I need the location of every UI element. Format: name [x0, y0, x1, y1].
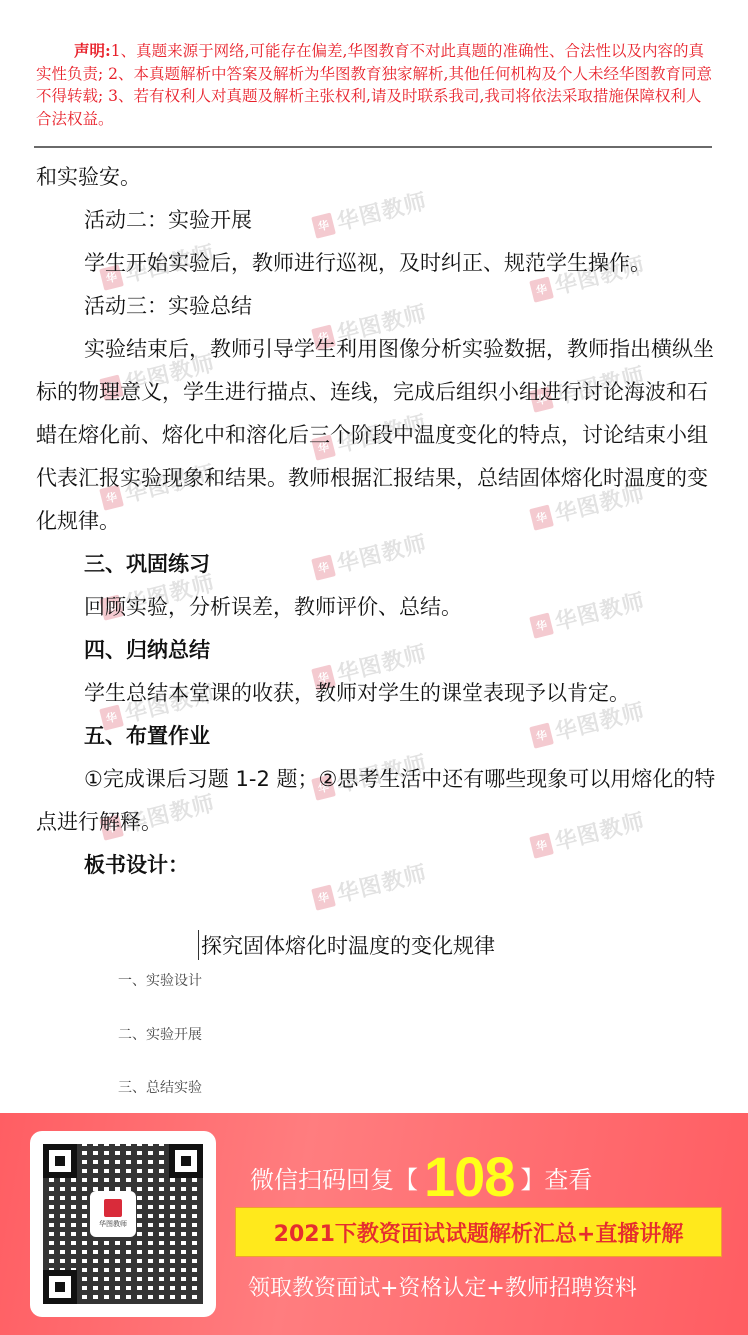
section-heading: 板书设计： [36, 844, 716, 887]
promo-banner[interactable]: 华图教师 微信扫码回复【108】查看 2021下教资面试试题解析汇总+直播讲解 … [0, 1113, 748, 1335]
paragraph: 学生总结本堂课的收获，教师对学生的课堂表现予以肯定。 [36, 672, 716, 715]
cta-subtext: 领取教资面试+资格认定+教师招聘资料 [248, 1271, 637, 1302]
board-title: 探究固体熔化时温度的变化规律 [198, 930, 495, 960]
board-item: 三、总结实验 [118, 1077, 202, 1097]
section-heading: 五、布置作业 [36, 715, 716, 758]
qr-finder-icon [43, 1144, 77, 1178]
board-design: 探究固体熔化时温度的变化规律 一、实验设计 二、实验开展 三、总结实验 [0, 920, 748, 1110]
cta-scan-text: 微信扫码回复【108】查看 [250, 1149, 592, 1205]
qr-center-logo: 华图教师 [90, 1191, 136, 1237]
qr-label: 华图教师 [99, 1219, 127, 1229]
reply-code: 108 [424, 1149, 514, 1205]
qr-code-card[interactable]: 华图教师 [30, 1131, 216, 1317]
disclaimer: 声明:1、真题来源于网络,可能存在偏差,华图教育不对此真题的准确性、合法性以及内… [36, 40, 712, 130]
qr-finder-icon [43, 1270, 77, 1304]
paragraph: 和实验安。 [36, 156, 716, 199]
cta-highlight: 2021下教资面试试题解析汇总+直播讲解 [235, 1207, 722, 1257]
paragraph: 学生开始实验后，教师进行巡视，及时纠正、规范学生操作。 [36, 242, 716, 285]
qr-finder-icon [169, 1144, 203, 1178]
activity-heading: 活动二：实验开展 [36, 199, 716, 242]
board-item: 二、实验开展 [118, 1024, 202, 1044]
lesson-content: 和实验安。 活动二：实验开展 学生开始实验后，教师进行巡视，及时纠正、规范学生操… [36, 156, 716, 887]
brand-logo-icon [104, 1199, 122, 1217]
activity-heading: 活动三：实验总结 [36, 285, 716, 328]
divider [34, 146, 712, 148]
disclaimer-text: 1、真题来源于网络,可能存在偏差,华图教育不对此真题的准确性、合法性以及内容的真… [36, 42, 712, 128]
paragraph: 实验结束后，教师引导学生利用图像分析实验数据，教师指出横纵坐标的物理意义，学生进… [36, 328, 716, 543]
paragraph: ①完成课后习题 1-2 题；②思考生活中还有哪些现象可以用熔化的特点进行解释。 [36, 758, 716, 844]
board-item: 一、实验设计 [118, 970, 202, 990]
paragraph: 回顾实验，分析误差，教师评价、总结。 [36, 586, 716, 629]
disclaimer-label: 声明: [36, 41, 111, 60]
watermark-logo-icon: 华 [311, 884, 336, 910]
section-heading: 三、巩固练习 [36, 543, 716, 586]
section-heading: 四、归纳总结 [36, 629, 716, 672]
